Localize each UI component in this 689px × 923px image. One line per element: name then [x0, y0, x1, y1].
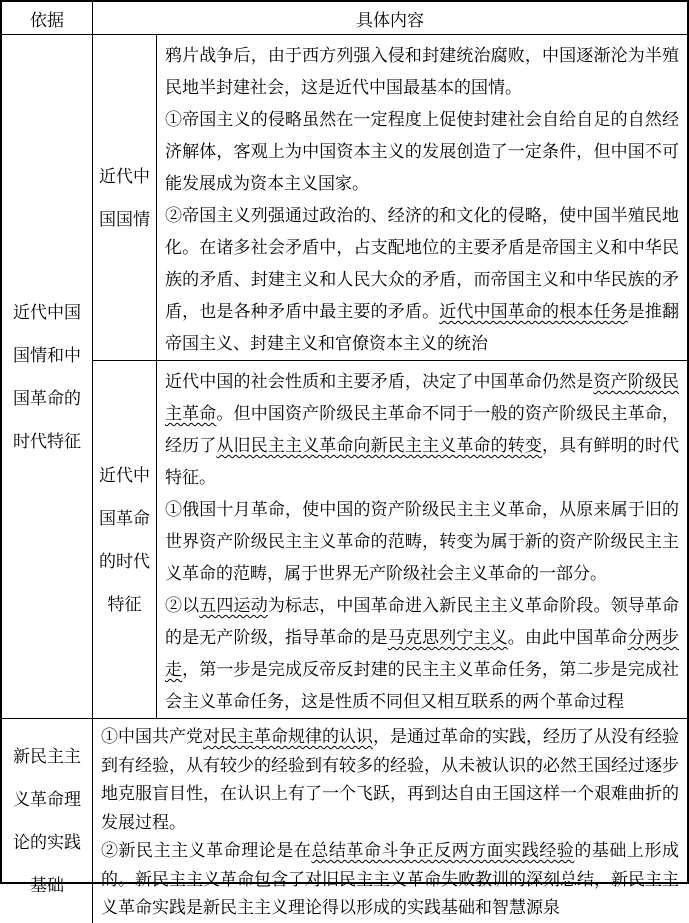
text-run: 近代中国的社会性质和主要矛盾，决定了中国革命仍然是	[165, 372, 593, 391]
subrow-national-conditions: 近代中国国情 鸦片战争后，由于西方列强入侵和封建统治腐败，中国逐渐沦为半殖民地半…	[93, 35, 687, 361]
text-run: ①中国共产党	[101, 727, 203, 746]
emphasized-text: 从旧民主主义革命向新民主主义革命的转变	[216, 436, 542, 455]
subrow-revolution-era: 近代中国革命的时代特征 近代中国的社会性质和主要矛盾，决定了中国革命仍然是资产阶…	[93, 361, 687, 718]
text-run: ②以	[165, 596, 199, 615]
emphasized-text: 对民主革命规律的认识	[203, 727, 373, 746]
group-row: 近代中国国情和中国革命的时代特征 近代中国国情 鸦片战争后，由于西方列强入侵和封…	[2, 35, 687, 719]
basis-cell-era-features: 近代中国国情和中国革命的时代特征	[2, 35, 93, 718]
paragraph: ①帝国主义的侵略虽然在一定程度上促使封建社会自给自足的自然经济解体，客观上为中国…	[165, 104, 679, 200]
content-cell-practice-foundation: ①中国共产党对民主革命规律的认识，是通过革命的实践，经历了从没有经验到有经验，从…	[93, 719, 687, 923]
content-table: 依据 具体内容 近代中国国情和中国革命的时代特征 近代中国国情 鸦片战争后，由于…	[0, 0, 689, 884]
paragraph: ②以五四运动为标志，中国革命进入新民主主义革命阶段。领导革命的是无产阶级，指导革…	[165, 590, 679, 718]
emphasized-text: 五四运动	[199, 596, 268, 615]
text-run: 鸦片战争后，由于西方列强入侵和封建统治腐败，中国逐渐沦为半殖民地半封建社会，这是…	[165, 46, 679, 97]
emphasized-text: 总结革命斗争正反两方面实践经验	[311, 841, 574, 860]
paragraph: ②新民主主义革命理论是在总结革命斗争正反两方面实践经验的基础上形成的。新民主主义…	[101, 837, 679, 923]
basis-cell-practice-foundation: 新民主主义革命理论的实践基础	[2, 719, 93, 923]
paragraph: ②帝国主义列强通过政治的、经济的和文化的侵略，使中国半殖民地化。在诸多社会矛盾中…	[165, 200, 679, 360]
content-cell-revolution-era: 近代中国的社会性质和主要矛盾，决定了中国革命仍然是资产阶级民主革命。但中国资产阶…	[157, 361, 687, 718]
header-content-cell: 具体内容	[93, 2, 687, 34]
text-run: ①俄国十月革命，使中国的资产阶级民主主义革命，从原来属于旧的世界资产阶级民主主义…	[165, 500, 679, 583]
text-run: ②新民主主义革命理论是在	[101, 841, 311, 860]
label-cell-national-conditions: 近代中国国情	[93, 35, 157, 360]
paragraph: 鸦片战争后，由于西方列强入侵和封建统治腐败，中国逐渐沦为半殖民地半封建社会，这是…	[165, 40, 679, 104]
table-header-row: 依据 具体内容	[2, 2, 687, 35]
paragraph: ①中国共产党对民主革命规律的认识，是通过革命的实践，经历了从没有经验到有经验，从…	[101, 723, 679, 837]
page: 依据 具体内容 近代中国国情和中国革命的时代特征 近代中国国情 鸦片战争后，由于…	[0, 0, 689, 884]
paragraph: 近代中国的社会性质和主要矛盾，决定了中国革命仍然是资产阶级民主革命。但中国资产阶…	[165, 366, 679, 494]
paragraph: ①俄国十月革命，使中国的资产阶级民主主义革命，从原来属于旧的世界资产阶级民主主义…	[165, 494, 679, 590]
emphasized-text: 马克思列宁主义	[388, 628, 508, 647]
bottom-row: 新民主主义革命理论的实践基础 ①中国共产党对民主革命规律的认识，是通过革命的实践…	[2, 719, 687, 923]
text-run: 。由此中国革命	[508, 628, 628, 647]
text-run: ①帝国主义的侵略虽然在一定程度上促使封建社会自给自足的自然经济解体，客观上为中国…	[165, 110, 679, 193]
emphasized-text: 近代中国革命的根本任务	[439, 302, 628, 321]
content-cell-national-conditions: 鸦片战争后，由于西方列强入侵和封建统治腐败，中国逐渐沦为半殖民地半封建社会，这是…	[157, 35, 687, 360]
group-subrows: 近代中国国情 鸦片战争后，由于西方列强入侵和封建统治腐败，中国逐渐沦为半殖民地半…	[93, 35, 687, 718]
label-cell-revolution-era: 近代中国革命的时代特征	[93, 361, 157, 718]
header-basis-cell: 依据	[2, 2, 93, 34]
text-run: ，第一步是完成反帝反封建的民主主义革命任务，第二步是完成社会主义革命任务，这是性…	[165, 660, 679, 711]
